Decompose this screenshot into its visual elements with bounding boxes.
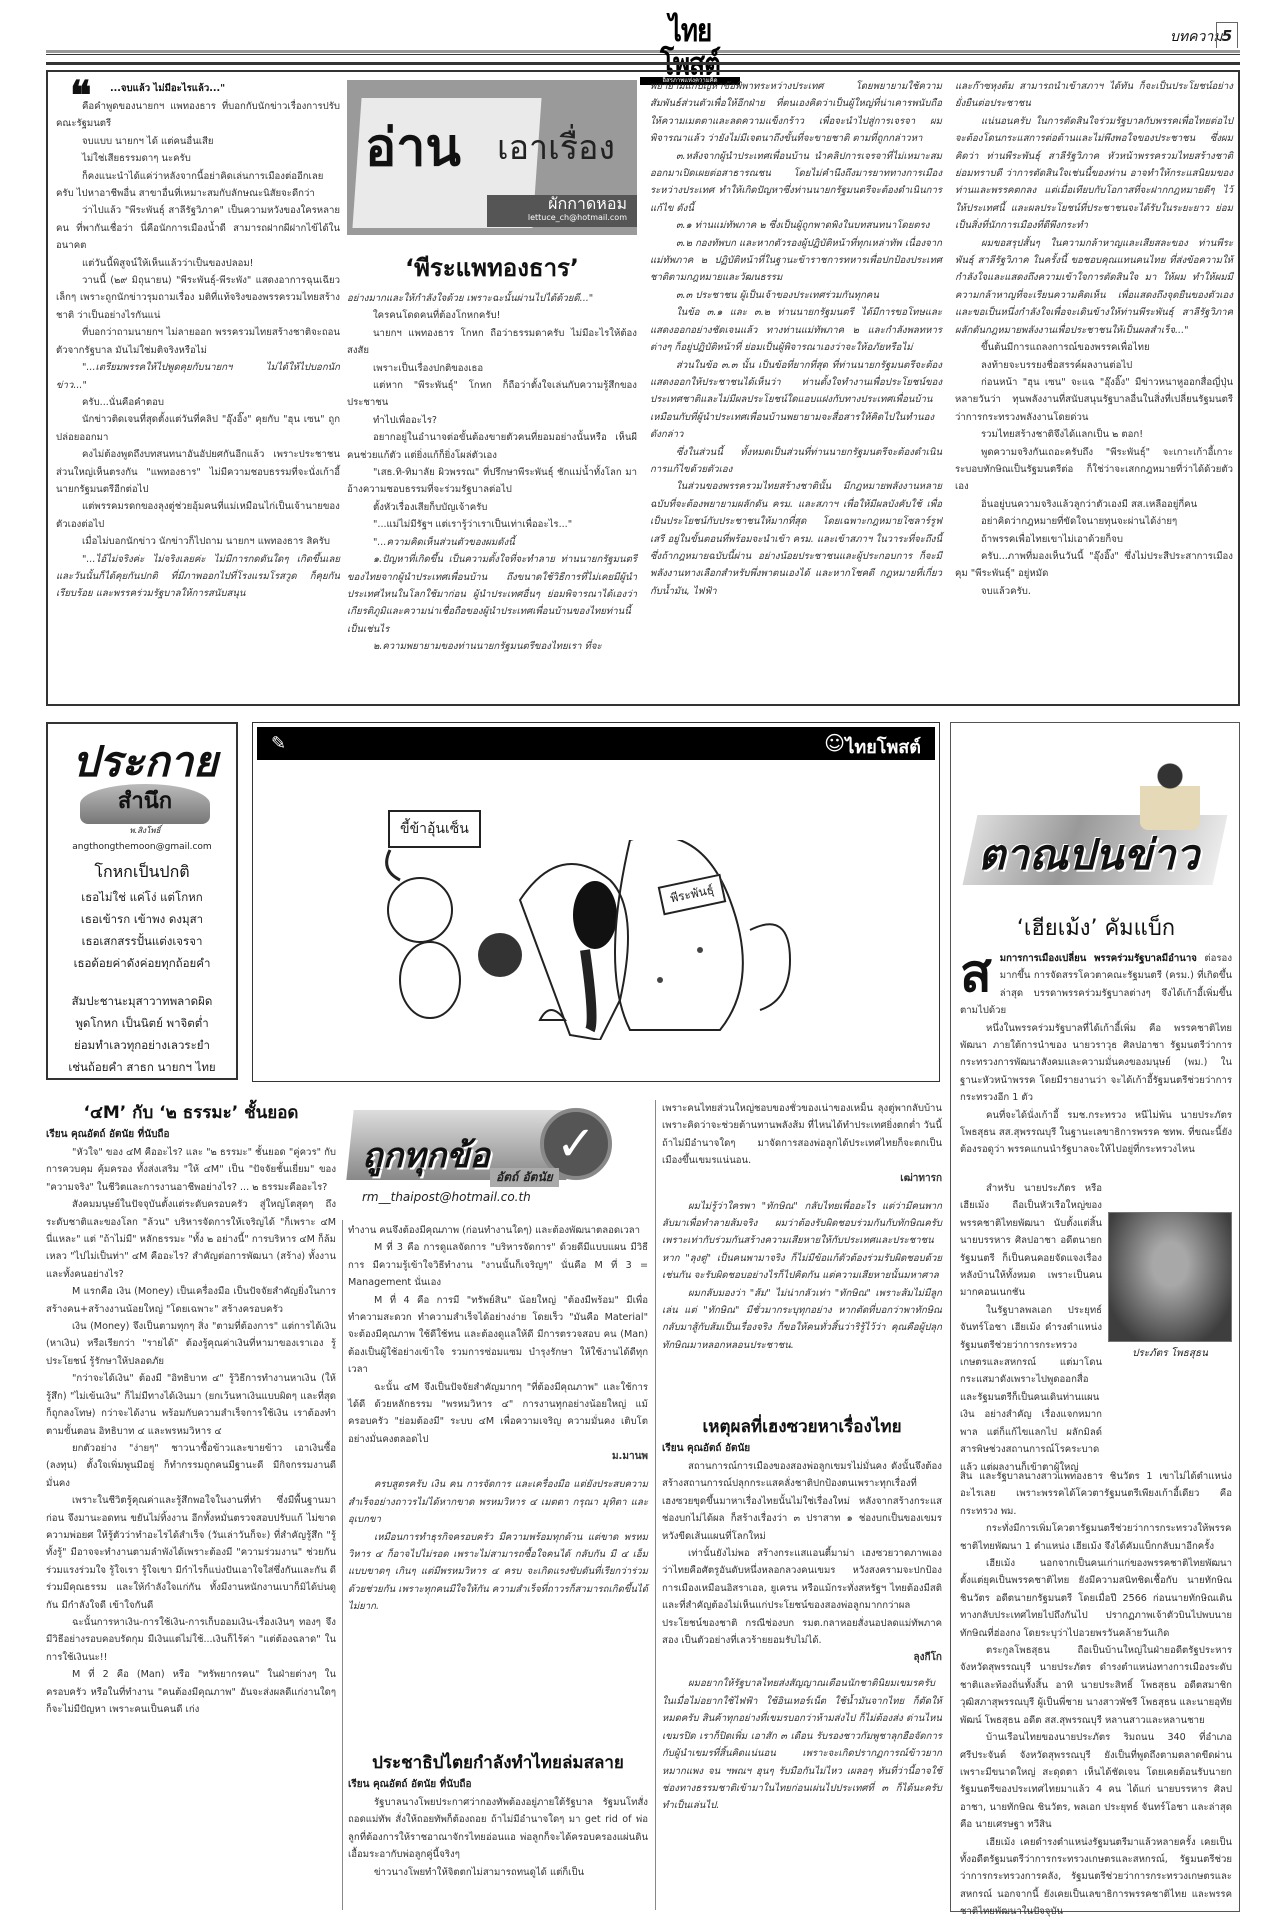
letter-khmer-top: เพราะคนไทยส่วนใหญ่ชอบของชั่วของเน่าของเห… [662, 1100, 942, 1354]
poem-stanza-2: สัมปะชานะมุสาวาทพลาดผิด พูดโกหก เป็นนิตย… [52, 990, 232, 1078]
mascot-icon: ☺ [824, 731, 845, 755]
author-tag: ผักกาดหอม lettuce_ch@hotmail.com [487, 195, 637, 227]
section-label: บทความ [1170, 26, 1222, 48]
ton-column-headline: ‘เฮียเม้ง’ คัมแบ็ก [958, 910, 1234, 945]
newspaper-logo: ไทยโพสต์ อิสรภาพแห่งความคิด [640, 20, 740, 60]
column-read-banner: อ่าน เอาเรื่อง ผักกาดหอม lettuce_ch@hotm… [347, 80, 637, 235]
cartoon-drawing [370, 840, 840, 1040]
column-read-headline: ‘พีระแพทองธาร’ [347, 248, 637, 287]
column-read-col3: พยายามแก้ปัญหาข้อพิพาทระหว่างประเทศ โดยพ… [650, 78, 942, 600]
letter-4m-signature: ม.มานพ [348, 1448, 648, 1466]
letter-4m-continued: ทำงาน คนจึงต้องมีคุณภาพ (ก่อนทำงานใดๆ) แ… [348, 1222, 648, 1616]
column-read-col1-body: คือคำพูดของนายกฯ แพทองธาร ที่บอกกับนักข่… [56, 98, 340, 603]
thuk-column-logo: ถูกทุกข้อ ✓ อัตถ์ อัตนัย rm__thaipost@ho… [350, 1098, 620, 1208]
photo-caption: ประภัตร โพธสุธน [1108, 1346, 1232, 1361]
ton-column-body-wrap: สำหรับ นายประภัตร หรือ เฮียเม้ง ถือเป็นห… [960, 1180, 1102, 1476]
poem-logo: ประกาย สำนึก พ.สิงโพธิ์ [60, 740, 230, 840]
column-read-col1: ...จบแล้ว ไม่มีอะไรแล้ว..." [110, 80, 340, 97]
letter-4m-headline: ‘๔M’ กับ ‘๒ ธรรมะ’ ชั้นยอด [46, 1100, 336, 1126]
column-read-col2: อย่างมากและให้กำลังใจด้วย เพราะฉะนั้นผ่า… [347, 290, 637, 656]
letter-democracy: ประชาธิปไตยกำลังทำไทยล่มสลาย เรียน คุณอั… [348, 1750, 648, 1881]
cartoonist-logo-icon: ✎ [271, 733, 286, 754]
prapat-photo [1108, 1212, 1232, 1342]
letter-4m-salutation: เรียน คุณอัตถ์ อัตนัย ที่นับถือ [46, 1126, 336, 1144]
ton-column-body: สมการการเมืองเปลี่ยน พรรคร่วมรัฐบาลมีอำน… [960, 950, 1232, 1159]
poem-email: angthongthemoon@gmail.com [52, 842, 232, 852]
poem-title: โกหกเป็นปกติ [52, 860, 232, 885]
letter-khmer: เหตุผลที่เฮงซวยหาเรื่องไทย เรียน คุณอัตถ… [662, 1414, 942, 1815]
reader-illustration [1140, 760, 1200, 830]
page-number: 5 [1216, 22, 1238, 48]
top-rule [46, 62, 1240, 65]
ton-column-logo: ตาณปนข่าว [970, 760, 1230, 910]
cartoon-header-bar: ✎ ☺ ไทยโพสต์ [257, 727, 935, 760]
column-read-col4: และก๊าซหุงต้ม สามารถนำเข้าสภาฯ ได้ทัน ก็… [955, 78, 1233, 600]
letter-4m: ‘๔M’ กับ ‘๒ ธรรมะ’ ชั้นยอด เรียน คุณอัตถ… [46, 1100, 336, 1718]
ton-column-body-2: สิน และรัฐบาลนางสาวแพทองธาร ชินวัตร 1 เข… [960, 1468, 1232, 1920]
poem-stanza-1: เธอไม่ใช่ แค่โง่ แต่โกหก เธอเข้ารก เข้าพ… [52, 886, 232, 974]
